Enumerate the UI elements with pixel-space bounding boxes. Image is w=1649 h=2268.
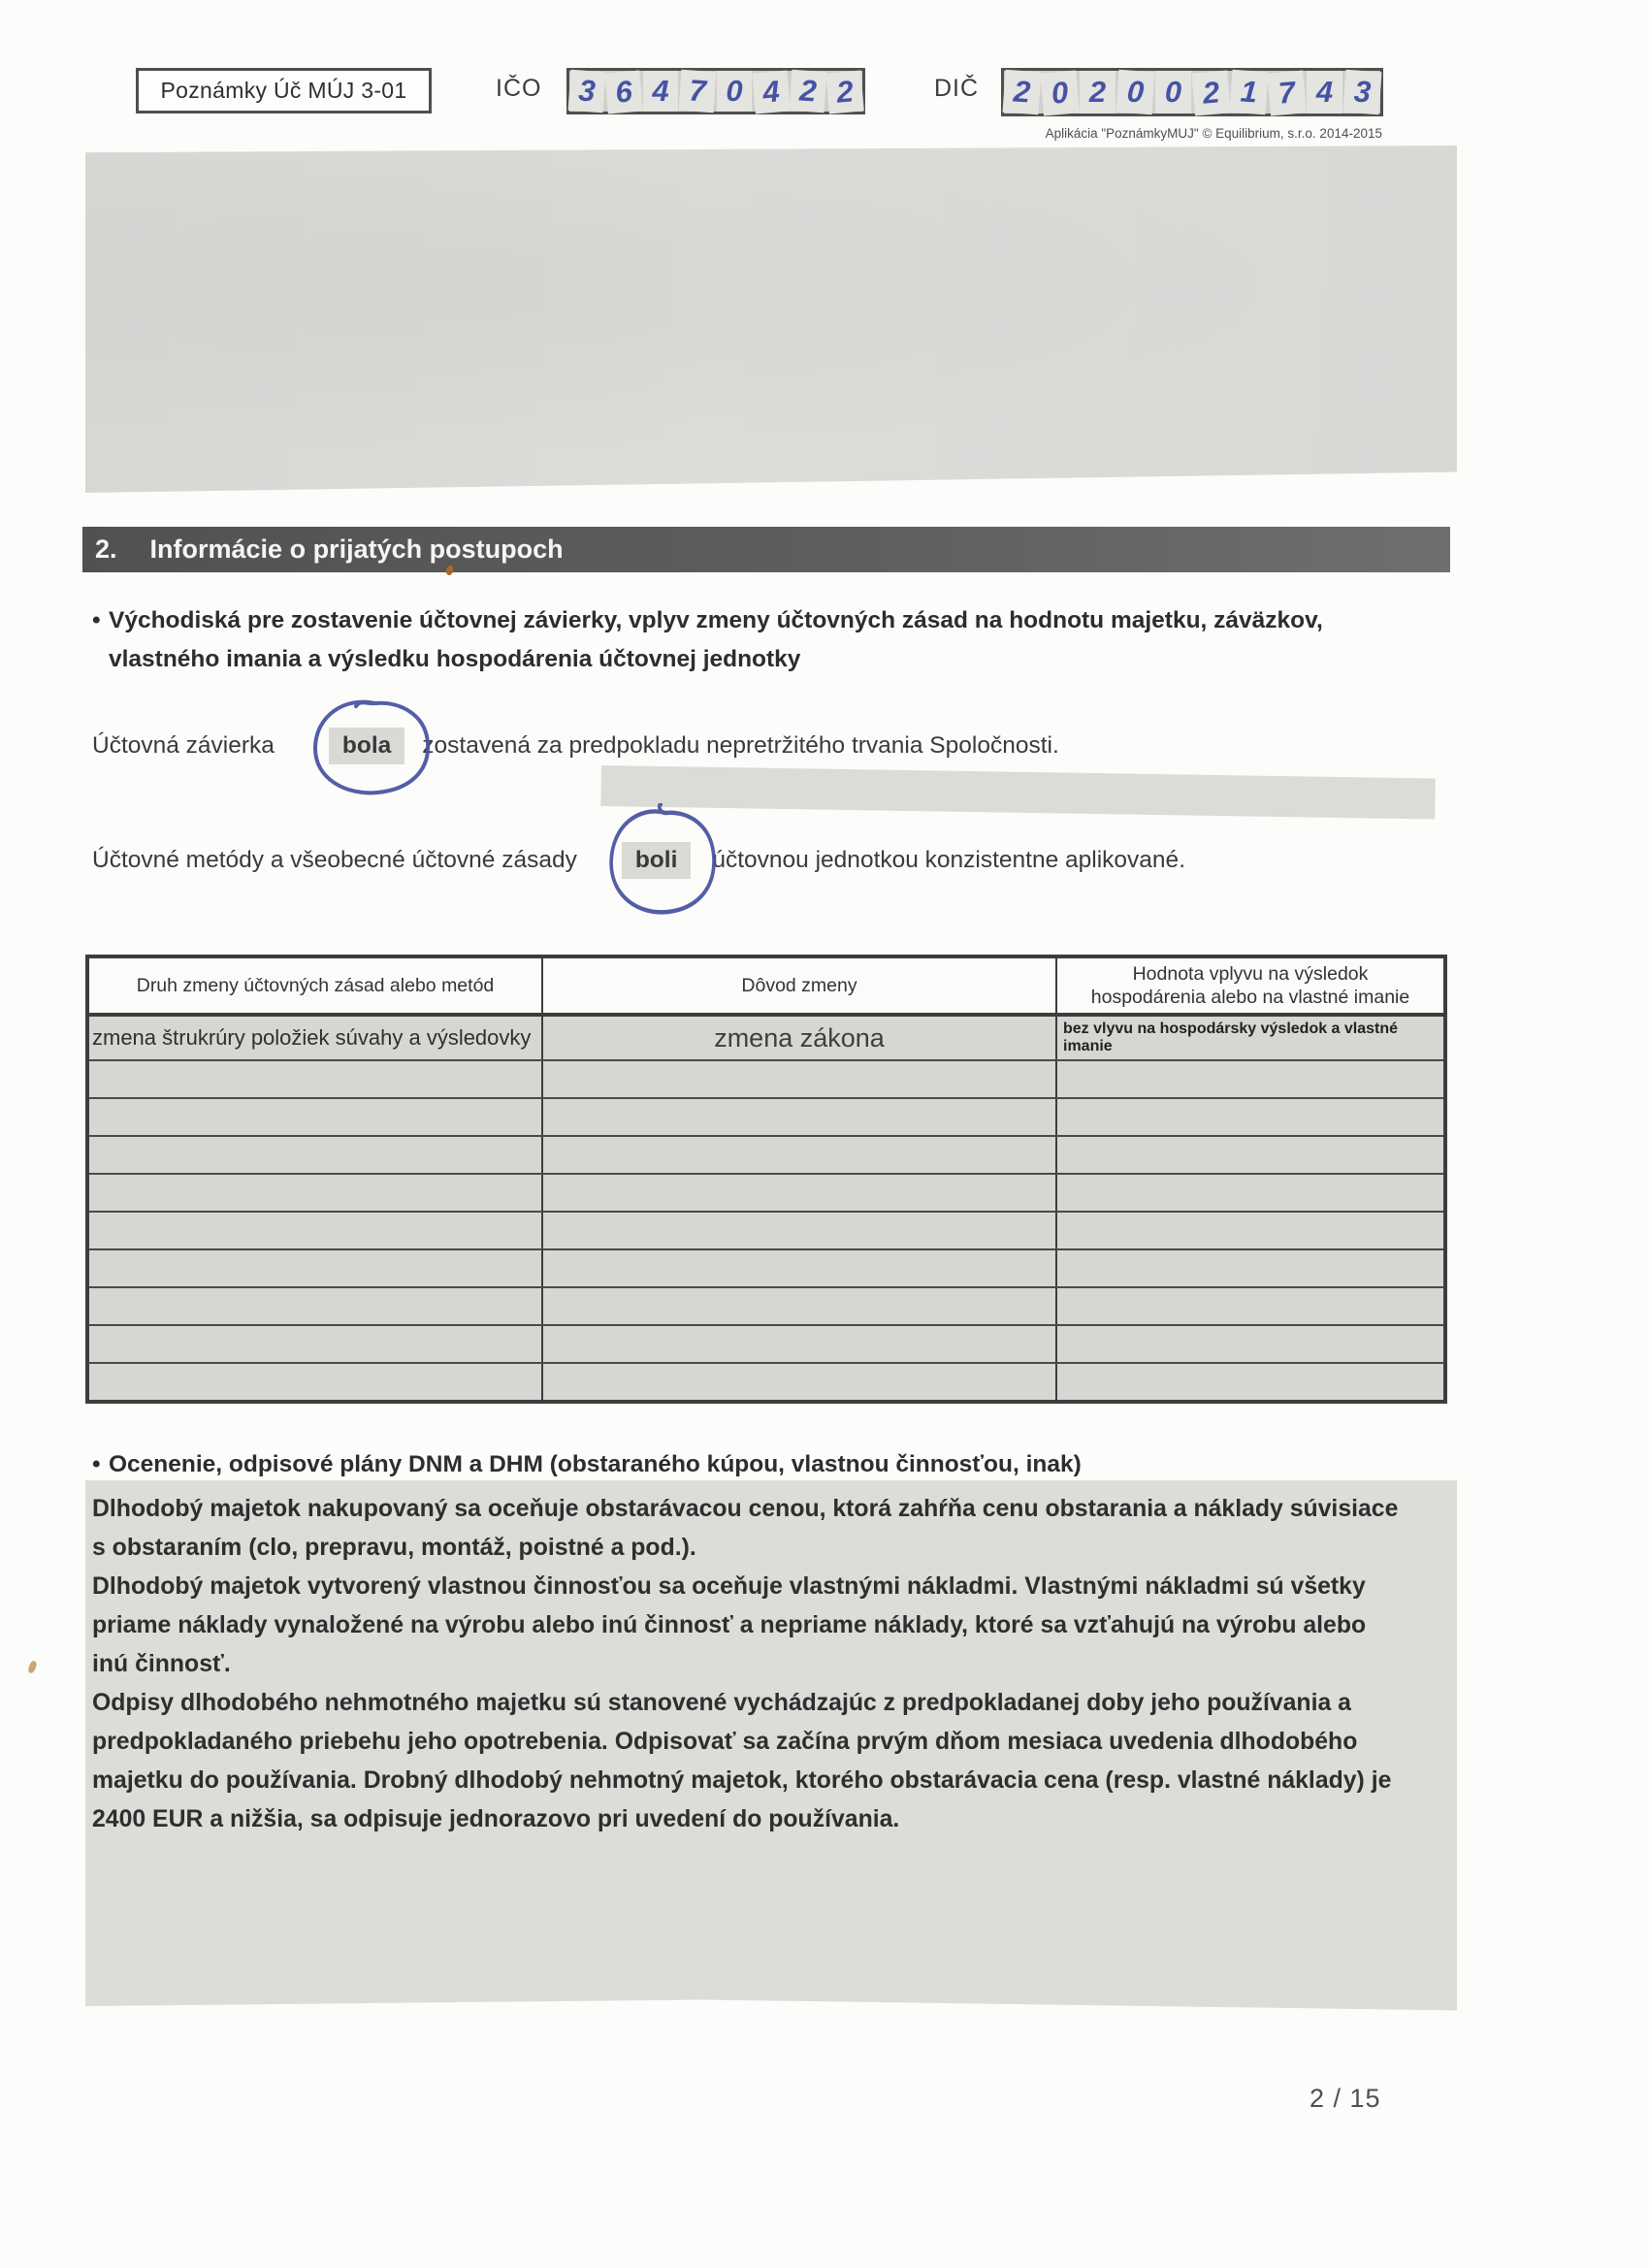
table-cell-empty <box>543 1175 1057 1211</box>
table-cell-empty <box>89 1288 543 1324</box>
ink-speck <box>445 565 454 575</box>
table-cell-empty <box>1057 1250 1443 1286</box>
statement-suffix: zostavená za predpokladu nepretržitého t… <box>422 732 1058 760</box>
table-cell-empty <box>1057 1175 1443 1211</box>
page-number: 2 / 15 <box>1309 2084 1381 2114</box>
table-header-cell: Dôvod zmeny <box>543 958 1057 1013</box>
dic-digit: 2 <box>1080 71 1115 113</box>
table-cell: bez vlyvu na hospodársky výsledok a vlas… <box>1057 1017 1443 1059</box>
ico-digit: 4 <box>643 71 678 112</box>
table-row: zmena štrukrúry položiek súvahy a výsled… <box>89 1017 1443 1061</box>
table-row-empty <box>89 1288 1443 1326</box>
statement-prefix: Účtovná závierka <box>92 732 275 760</box>
ico-digit: 7 <box>679 70 717 113</box>
ico-digit: 4 <box>752 71 791 114</box>
app-credit-line: Aplikácia "PoznámkyMUJ" © Equilibrium, s… <box>975 126 1382 141</box>
table-cell-empty <box>543 1250 1057 1286</box>
table-cell-empty <box>89 1213 543 1248</box>
highlighted-word: bola <box>329 728 404 764</box>
table-row-empty <box>89 1175 1443 1213</box>
table-cell-empty <box>1057 1364 1443 1400</box>
table-cell-empty <box>89 1250 543 1286</box>
table-cell-empty <box>89 1326 543 1362</box>
table-cell: zmena štrukrúry položiek súvahy a výsled… <box>89 1017 543 1059</box>
table-cell-empty <box>543 1364 1057 1400</box>
table-row-empty <box>89 1364 1443 1400</box>
table-cell-empty <box>89 1175 543 1211</box>
table-header-row: Druh zmeny účtovných zásad alebo metódDô… <box>89 958 1443 1017</box>
table-cell-empty <box>89 1137 543 1173</box>
accounting-policy-paragraph: Dlhodobý majetok vytvorený vlastnou činn… <box>92 1568 1404 1684</box>
dic-digit: 2 <box>1191 70 1231 115</box>
dic-label: DIČ <box>934 75 979 103</box>
table-cell-empty <box>1057 1288 1443 1324</box>
bullet-heading-valuation: Ocenenie, odpisové plány DNM a DHM (obst… <box>92 1445 1457 1484</box>
section-title: Informácie o prijatých postupoch <box>150 535 564 565</box>
accounting-policy-text-block: Dlhodobý majetok nakupovaný sa oceňuje o… <box>85 1480 1457 2016</box>
accounting-policy-paragraph: Odpisy dlhodobého nehmotného majetku sú … <box>92 1684 1404 1839</box>
dic-digit: 0 <box>1116 70 1155 114</box>
table-row-empty <box>89 1137 1443 1175</box>
table-cell-empty <box>89 1061 543 1097</box>
scanned-document-page: Poznámky Úč MÚJ 3-01 IČO 36470422 DIČ 20… <box>0 0 1649 2268</box>
statement-consistency: Účtovné metódy a všeobecné účtovné zásad… <box>92 832 1185 889</box>
table-cell-empty <box>1057 1137 1443 1173</box>
dic-digit: 3 <box>1343 70 1382 114</box>
ico-digit-grid: 36470422 <box>566 68 865 114</box>
dic-digit: 4 <box>1307 71 1342 113</box>
circled-word-bola: bola <box>329 728 404 764</box>
dic-digit-grid: 2020021743 <box>1001 68 1383 116</box>
table-header-cell: Druh zmeny účtovných zásad alebo metód <box>89 958 543 1013</box>
table-cell-empty <box>89 1099 543 1135</box>
form-title: Poznámky Úč MÚJ 3-01 <box>161 78 407 104</box>
table-row-empty <box>89 1061 1443 1099</box>
scanned-gray-area <box>85 146 1457 493</box>
section-header-bar: 2. Informácie o prijatých postupoch <box>82 527 1450 572</box>
table-cell-empty <box>1057 1099 1443 1135</box>
scanned-gray-strip <box>600 765 1436 820</box>
circled-word-boli: boli <box>622 842 692 879</box>
changes-table: Druh zmeny účtovných zásad alebo metódDô… <box>85 955 1447 1404</box>
dic-digit: 7 <box>1267 70 1307 115</box>
table-cell-empty <box>1057 1326 1443 1362</box>
dic-digit: 0 <box>1040 70 1080 115</box>
ico-digit: 6 <box>604 71 643 114</box>
table-row-empty <box>89 1250 1443 1288</box>
ico-label: IČO <box>496 75 541 103</box>
table-header-cell: Hodnota vplyvu na výsledok hospodárenia … <box>1057 958 1443 1013</box>
table-row-empty <box>89 1099 1443 1137</box>
statement-suffix: účtovnou jednotkou konzistentne aplikova… <box>712 847 1185 874</box>
ico-digit: 0 <box>717 71 752 112</box>
highlighted-word: boli <box>622 842 692 879</box>
table-cell-empty <box>543 1288 1057 1324</box>
table-cell: zmena zákona <box>543 1017 1057 1059</box>
table-cell-empty <box>543 1213 1057 1248</box>
table-body: zmena štrukrúry položiek súvahy a výsled… <box>89 1017 1443 1400</box>
table-cell-empty <box>543 1137 1057 1173</box>
dic-digit: 0 <box>1155 71 1191 113</box>
ico-digit: 3 <box>568 70 606 113</box>
dic-digit: 1 <box>1230 70 1269 114</box>
statement-prefix: Účtovné metódy a všeobecné účtovné zásad… <box>92 847 577 874</box>
table-cell-empty <box>543 1326 1057 1362</box>
bullet-heading-basis: Východiská pre zostavenie účtovnej závie… <box>92 601 1360 679</box>
statement-going-concern: Účtovná závierka bola zostavená za predp… <box>92 718 1059 774</box>
table-cell-empty <box>543 1099 1057 1135</box>
table-row-empty <box>89 1326 1443 1364</box>
dic-digit: 2 <box>1003 70 1042 114</box>
form-title-box: Poznámky Úč MÚJ 3-01 <box>136 68 432 113</box>
table-cell-empty <box>1057 1061 1443 1097</box>
table-row-empty <box>89 1213 1443 1250</box>
ico-digit: 2 <box>825 71 864 114</box>
ico-digit: 2 <box>790 70 827 113</box>
table-cell-empty <box>1057 1213 1443 1248</box>
table-cell-empty <box>543 1061 1057 1097</box>
table-cell-empty <box>89 1364 543 1400</box>
accounting-policy-paragraph: Dlhodobý majetok nakupovaný sa oceňuje o… <box>92 1490 1404 1568</box>
ink-speck <box>27 1660 38 1674</box>
section-number: 2. <box>95 535 117 565</box>
